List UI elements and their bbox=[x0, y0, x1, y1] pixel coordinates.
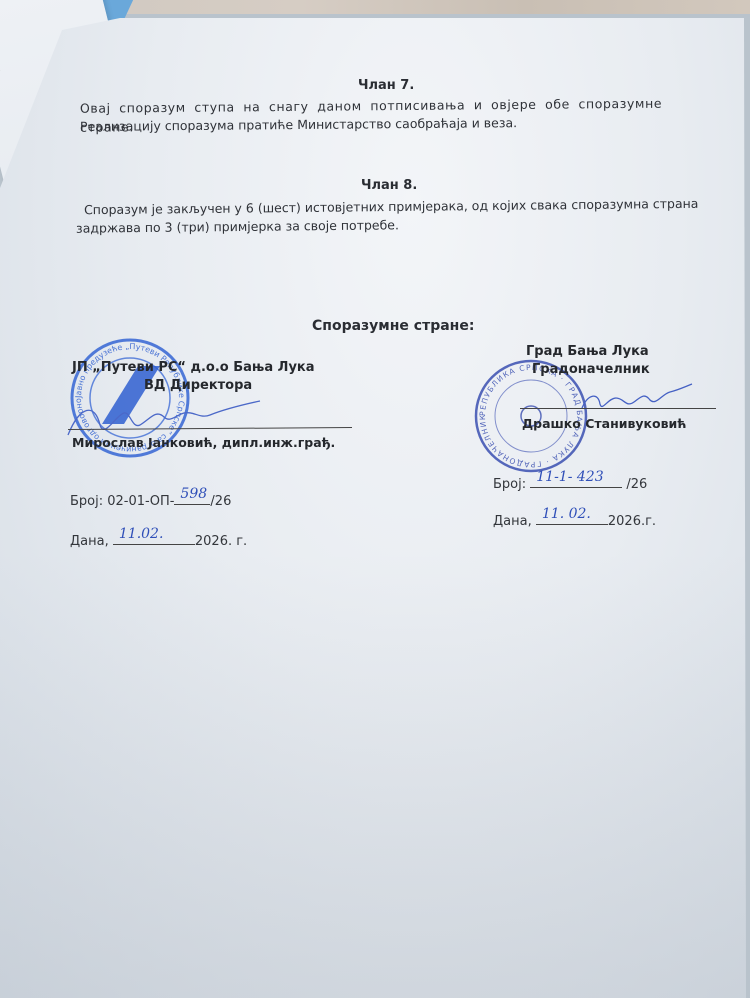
article-8-heading: Члан 8. bbox=[361, 178, 417, 193]
left-number-handwritten: 598 bbox=[180, 486, 207, 502]
article-7-line-2: Реализацију споразума пратиће Министарст… bbox=[80, 113, 517, 136]
right-signatory-name: Драшко Станивуковић bbox=[522, 416, 686, 431]
right-signature-line bbox=[520, 408, 716, 409]
right-date-handwritten: 11. 02. bbox=[542, 506, 591, 522]
left-party-role: ВД Директора bbox=[144, 378, 252, 393]
parties-heading: Споразумне стране: bbox=[312, 318, 474, 334]
right-number-handwritten: 11-1- 423 bbox=[536, 469, 603, 485]
left-party-organization: ЈП „Путеви РС“ д.о.о Бања Лука bbox=[72, 360, 315, 375]
left-signatory-name: Мирослав Јанковић, дипл.инж.грађ. bbox=[72, 435, 335, 450]
left-date-field: Дана, 11.02.2026. г. bbox=[70, 530, 247, 549]
right-date-field: Дана, 11. 02.2026.г. bbox=[493, 510, 656, 529]
right-signature-icon bbox=[578, 378, 698, 418]
right-party-organization: Град Бања Лука bbox=[526, 344, 649, 359]
article-7-heading: Члан 7. bbox=[358, 78, 414, 93]
left-number-field: Број: 02-01-ОП-598/26 bbox=[70, 490, 231, 509]
left-date-handwritten: 11.02. bbox=[119, 526, 164, 542]
right-number-field: Број: 11-1- 423 /26 bbox=[493, 473, 647, 492]
right-party-role: Градоначелник bbox=[532, 362, 650, 377]
underlying-page-text: и све bbox=[0, 52, 3, 78]
article-8-line-2: задржава по 3 (три) примјерка за своје п… bbox=[76, 215, 399, 237]
